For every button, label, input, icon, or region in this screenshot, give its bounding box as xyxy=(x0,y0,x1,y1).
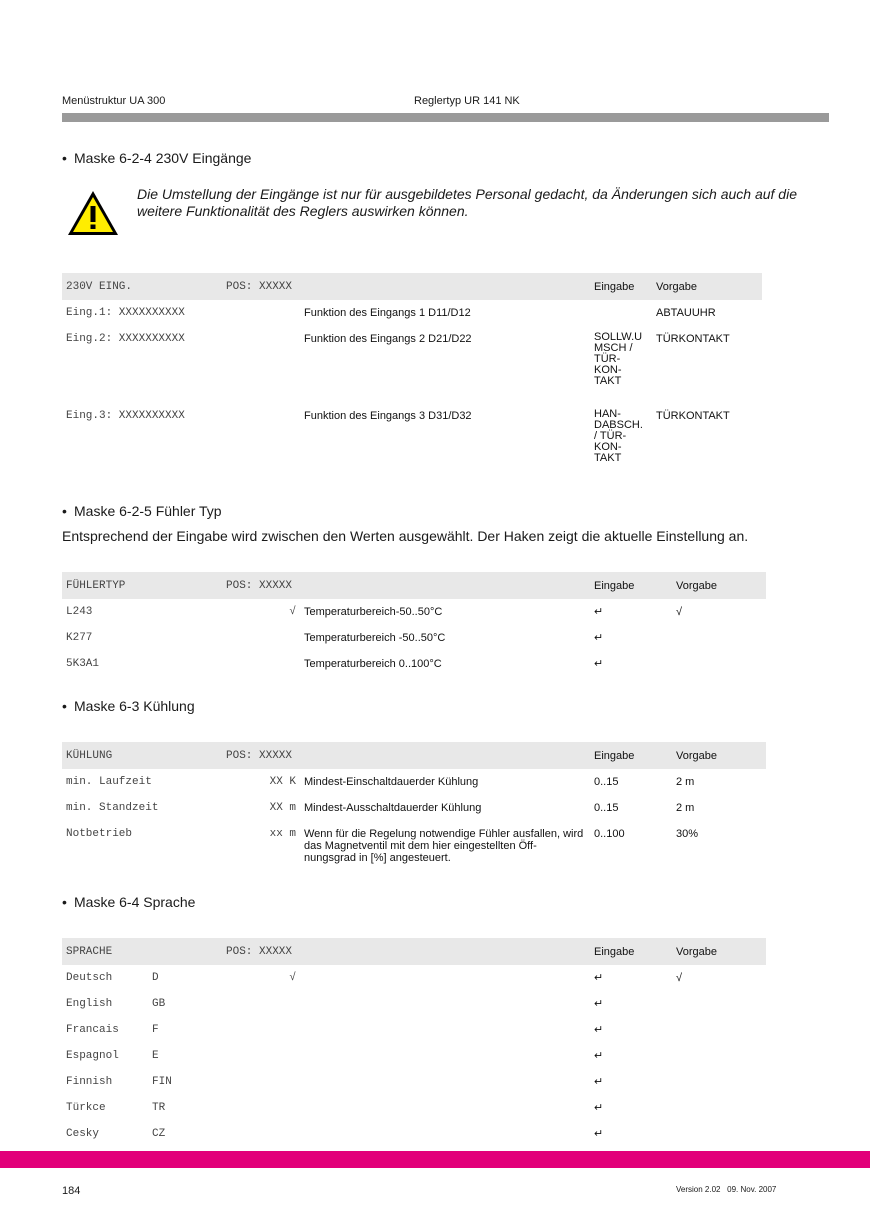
language-code: FIN xyxy=(152,1076,172,1088)
col-header-input: Eingabe xyxy=(590,273,652,300)
enter-key-icon: ↵ xyxy=(590,1069,672,1095)
enter-key-icon: ↵ xyxy=(590,651,672,677)
table-row: Eing.2: XXXXXXXXXX Funktion des Eingangs… xyxy=(62,326,762,403)
footer-accent-bar xyxy=(0,1151,870,1168)
checkmark-icon: √ xyxy=(672,965,766,991)
row-default: 2 m xyxy=(672,795,766,821)
row-name: min. Laufzeit xyxy=(62,769,222,795)
row-input: 0..15 xyxy=(590,795,672,821)
row-default xyxy=(672,1095,766,1121)
language-name: Francais xyxy=(66,1017,152,1043)
checkmark-icon: √ xyxy=(222,965,300,991)
col-header-input: Eingabe xyxy=(590,742,672,769)
table-header-row: FÜHLERTYP POS: XXXXX Eingabe Vorgabe xyxy=(62,572,766,599)
bullet: • xyxy=(62,698,74,714)
col-header-desc xyxy=(300,938,590,965)
section-title-230v-inputs: •Maske 6-2-4 230V Eingänge xyxy=(62,150,251,166)
table-230v-inputs: 230V EING. POS: XXXXX Eingabe Vorgabe Ei… xyxy=(62,273,762,480)
section-title-cooling: •Maske 6-3 Kühlung xyxy=(62,698,195,714)
col-header-pos: POS: XXXXX xyxy=(222,273,300,300)
row-pos xyxy=(222,326,300,403)
row-default xyxy=(672,1121,766,1147)
row-pos xyxy=(222,300,300,326)
row-input: 0..100 xyxy=(590,821,672,869)
section-title-text: Maske 6-2-5 Fühler Typ xyxy=(74,503,222,519)
row-default: TÜRKONTAKT xyxy=(652,326,762,403)
row-pos xyxy=(222,1121,300,1147)
language-name: Türkce xyxy=(66,1095,152,1121)
row-name: Notbetrieb xyxy=(62,821,222,869)
enter-key-icon: ↵ xyxy=(590,599,672,625)
row-input xyxy=(590,300,652,326)
row-desc: Mindest-Einschaltdauerder Kühlung xyxy=(300,769,590,795)
row-desc: Temperaturbereich 0..100°C xyxy=(300,651,590,677)
sensor-type-description: Entsprechend der Eingabe wird zwischen d… xyxy=(62,528,748,544)
row-name: min. Standzeit xyxy=(62,795,222,821)
col-header-default: Vorgabe xyxy=(652,273,762,300)
row-default xyxy=(672,1017,766,1043)
section-title-text: Maske 6-4 Sprache xyxy=(74,894,195,910)
section-title-text: Maske 6-2-4 230V Eingänge xyxy=(74,150,251,166)
enter-key-icon: ↵ xyxy=(590,1095,672,1121)
row-default: 30% xyxy=(672,821,766,869)
col-header-desc xyxy=(300,572,590,599)
table-sensor-type: FÜHLERTYP POS: XXXXX Eingabe Vorgabe L24… xyxy=(62,572,766,677)
row-pos: XX m xyxy=(222,795,300,821)
row-name: Eing.2: XXXXXXXXXX xyxy=(62,326,222,403)
section-title-text: Maske 6-3 Kühlung xyxy=(74,698,195,714)
row-desc: Temperaturbereich-50..50°C xyxy=(300,599,590,625)
row-name: 5K3A1 xyxy=(62,651,222,677)
col-header-default: Vorgabe xyxy=(672,938,766,965)
bullet: • xyxy=(62,503,74,519)
table-language: SPRACHE POS: XXXXX Eingabe Vorgabe Deuts… xyxy=(62,938,766,1147)
table-row: min. Laufzeit XX K Mindest-Einschaltdaue… xyxy=(62,769,766,795)
row-pos xyxy=(222,1095,300,1121)
col-header-input: Eingabe xyxy=(590,572,672,599)
checkmark-icon: √ xyxy=(222,599,300,625)
row-desc: Wenn für die Regelung notwendige Fühler … xyxy=(300,821,590,869)
page-number: 184 xyxy=(62,1185,80,1197)
language-code: TR xyxy=(152,1102,165,1114)
row-default: TÜRKONTAKT xyxy=(652,403,762,480)
enter-key-icon: ↵ xyxy=(590,1017,672,1043)
language-name: English xyxy=(66,991,152,1017)
table-row: min. Standzeit XX m Mindest-Ausschaltdau… xyxy=(62,795,766,821)
table-header-row: KÜHLUNG POS: XXXXX Eingabe Vorgabe xyxy=(62,742,766,769)
col-header-default: Vorgabe xyxy=(672,742,766,769)
row-pos xyxy=(222,991,300,1017)
table-row: 5K3A1 Temperaturbereich 0..100°C ↵ xyxy=(62,651,766,677)
row-desc: Funktion des Eingangs 2 D21/D22 xyxy=(300,326,590,403)
table-row: L243 √ Temperaturbereich-50..50°C ↵ √ xyxy=(62,599,766,625)
row-input: 0..15 xyxy=(590,769,672,795)
table-cooling: KÜHLUNG POS: XXXXX Eingabe Vorgabe min. … xyxy=(62,742,766,869)
row-pos xyxy=(222,625,300,651)
col-header-name: 230V EING. xyxy=(62,273,222,300)
table-row: Eing.3: XXXXXXXXXX Funktion des Eingangs… xyxy=(62,403,762,480)
checkmark-icon: √ xyxy=(672,599,766,625)
bullet: • xyxy=(62,150,74,166)
language-name: Deutsch xyxy=(66,965,152,991)
row-pos: XX K xyxy=(222,769,300,795)
row-desc: Temperaturbereich -50..50°C xyxy=(300,625,590,651)
warning-text: Die Umstellung der Eingänge ist nur für … xyxy=(137,186,797,220)
bullet: • xyxy=(62,894,74,910)
language-code: E xyxy=(152,1050,159,1062)
col-header-name: KÜHLUNG xyxy=(62,742,222,769)
col-header-name: FÜHLERTYP xyxy=(62,572,222,599)
header-document-title: Menüstruktur UA 300 xyxy=(62,95,165,107)
col-header-desc xyxy=(300,742,590,769)
language-code: D xyxy=(152,972,159,984)
row-default: 2 m xyxy=(672,769,766,795)
table-row: TürkceTR ↵ xyxy=(62,1095,766,1121)
version-info: Version 2.02 09. Nov. 2007 xyxy=(676,1185,776,1194)
row-desc: Mindest-Ausschaltdauerder Kühlung xyxy=(300,795,590,821)
col-header-pos: POS: XXXXX xyxy=(222,938,300,965)
table-row: DeutschD √ ↵ √ xyxy=(62,965,766,991)
warning-triangle-icon xyxy=(66,189,120,237)
enter-key-icon: ↵ xyxy=(590,1121,672,1147)
col-header-pos: POS: XXXXX xyxy=(222,572,300,599)
language-code: F xyxy=(152,1024,159,1036)
header-controller-type: Reglertyp UR 141 NK xyxy=(414,95,520,107)
row-name: K277 xyxy=(62,625,222,651)
table-row: EnglishGB ↵ xyxy=(62,991,766,1017)
table-row: EspagnolE ↵ xyxy=(62,1043,766,1069)
table-row: FrancaisF ↵ xyxy=(62,1017,766,1043)
row-pos xyxy=(222,651,300,677)
row-pos xyxy=(222,1069,300,1095)
row-desc: Funktion des Eingangs 3 D31/D32 xyxy=(300,403,590,480)
enter-key-icon: ↵ xyxy=(590,991,672,1017)
row-name: Eing.1: XXXXXXXXXX xyxy=(62,300,222,326)
enter-key-icon: ↵ xyxy=(590,1043,672,1069)
enter-key-icon: ↵ xyxy=(590,625,672,651)
row-pos: xx m xyxy=(222,821,300,869)
col-header-default: Vorgabe xyxy=(672,572,766,599)
language-name: Finnish xyxy=(66,1069,152,1095)
row-default xyxy=(672,625,766,651)
row-desc: Funktion des Eingangs 1 D11/D12 xyxy=(300,300,590,326)
header-divider xyxy=(62,113,829,122)
table-header-row: SPRACHE POS: XXXXX Eingabe Vorgabe xyxy=(62,938,766,965)
table-row: K277 Temperaturbereich -50..50°C ↵ xyxy=(62,625,766,651)
section-title-sensor-type: •Maske 6-2-5 Fühler Typ xyxy=(62,503,222,519)
table-row: Eing.1: XXXXXXXXXX Funktion des Eingangs… xyxy=(62,300,762,326)
table-row: FinnishFIN ↵ xyxy=(62,1069,766,1095)
section-title-language: •Maske 6-4 Sprache xyxy=(62,894,195,910)
col-header-desc xyxy=(300,273,590,300)
col-header-input: Eingabe xyxy=(590,938,672,965)
row-pos xyxy=(222,403,300,480)
row-default xyxy=(672,1043,766,1069)
language-name: Espagnol xyxy=(66,1043,152,1069)
row-name: L243 xyxy=(62,599,222,625)
table-row: Notbetrieb xx m Wenn für die Regelung no… xyxy=(62,821,766,869)
row-name: Eing.3: XXXXXXXXXX xyxy=(62,403,222,480)
row-default xyxy=(672,1069,766,1095)
language-code: GB xyxy=(152,998,165,1010)
language-code: CZ xyxy=(152,1128,165,1140)
row-default xyxy=(672,991,766,1017)
table-header-row: 230V EING. POS: XXXXX Eingabe Vorgabe xyxy=(62,273,762,300)
col-header-name: SPRACHE xyxy=(62,938,222,965)
table-row: CeskyCZ ↵ xyxy=(62,1121,766,1147)
enter-key-icon: ↵ xyxy=(590,965,672,991)
row-input: SOLLW.U MSCH / TÜR- KON- TAKT xyxy=(590,326,652,403)
row-input: HAN- DABSCH. / TÜR- KON- TAKT xyxy=(590,403,652,480)
row-pos xyxy=(222,1017,300,1043)
row-default xyxy=(672,651,766,677)
row-default: ABTAUUHR xyxy=(652,300,762,326)
row-pos xyxy=(222,1043,300,1069)
language-name: Cesky xyxy=(66,1121,152,1147)
col-header-pos: POS: XXXXX xyxy=(222,742,300,769)
